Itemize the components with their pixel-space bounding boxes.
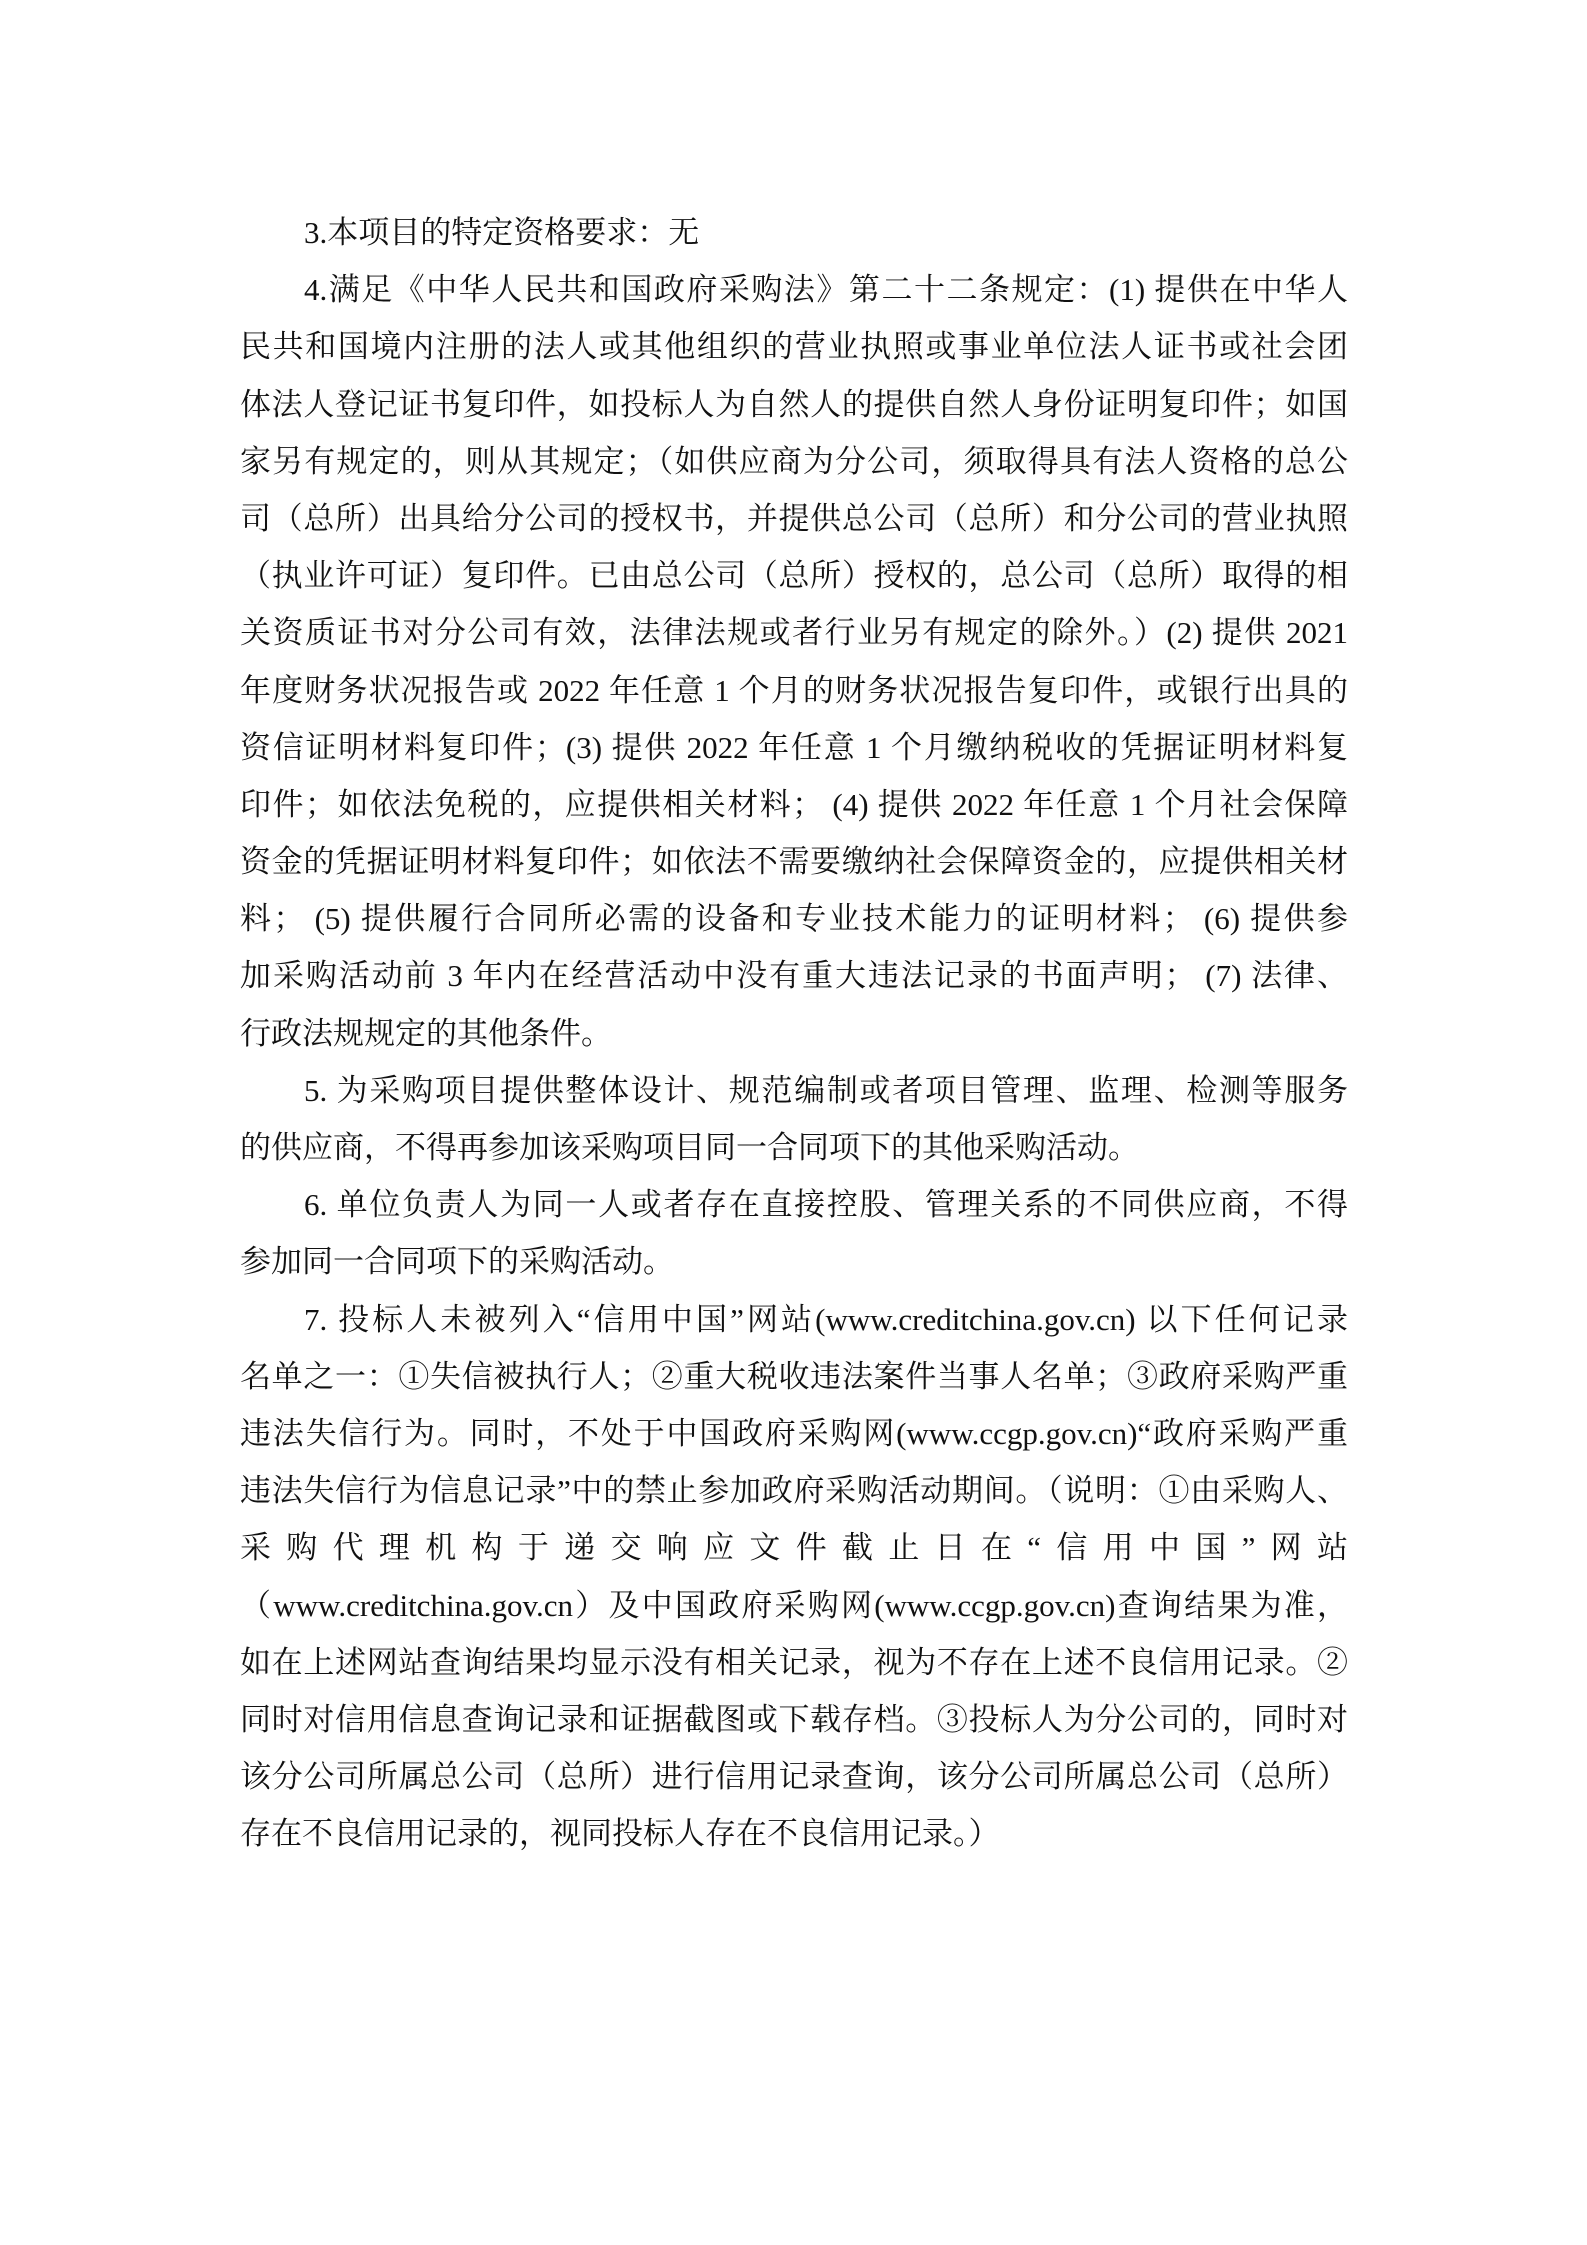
text-line: 同时对信用信息查询记录和证据截图或下载存档。③投标人为分公司的，同时对: [240, 1691, 1348, 1748]
text-line: 司（总所）出具给分公司的授权书，并提供总公司（总所）和分公司的营业执照: [240, 490, 1348, 547]
paragraph-6-same-responsible-person: 6. 单位负责人为同一人或者存在直接控股、管理关系的不同供应商，不得 参加同一合…: [240, 1176, 1348, 1290]
text-line: 5. 为采购项目提供整体设计、规范编制或者项目管理、监理、检测等服务: [240, 1062, 1348, 1119]
text-line: 名单之一：①失信被执行人；②重大税收违法案件当事人名单；③政府采购严重: [240, 1348, 1348, 1405]
text-line: 资信证明材料复印件；(3) 提供 2022 年任意 1 个月缴纳税收的凭据证明材…: [240, 719, 1348, 776]
text-line: 印件；如依法免税的，应提供相关材料； (4) 提供 2022 年任意 1 个月社…: [240, 776, 1348, 833]
text-line: 存在不良信用记录的，视同投标人存在不良信用记录。）: [240, 1805, 1348, 1862]
text-line: 资金的凭据证明材料复印件；如依法不需要缴纳社会保障资金的，应提供相关材: [240, 833, 1348, 890]
text-line: 如在上述网站查询结果均显示没有相关记录，视为不存在上述不良信用记录。②: [240, 1634, 1348, 1691]
text-line: 关资质证书对分公司有效，法律法规或者行业另有规定的除外。）(2) 提供 2021: [240, 604, 1348, 661]
text-line: 体法人登记证书复印件，如投标人为自然人的提供自然人身份证明复印件；如国: [240, 376, 1348, 433]
text-line: 的供应商，不得再参加该采购项目同一合同项下的其他采购活动。: [240, 1119, 1348, 1176]
paragraph-7-credit-record-requirement: 7. 投标人未被列入“信用中国”网站(www.creditchina.gov.c…: [240, 1291, 1348, 1863]
text-line: 7. 投标人未被列入“信用中国”网站(www.creditchina.gov.c…: [240, 1291, 1348, 1348]
paragraph-4-procurement-law-requirements: 4.满足《中华人民共和国政府采购法》第二十二条规定：(1) 提供在中华人 民共和…: [240, 261, 1348, 1062]
text-line: 违法失信行为。同时，不处于中国政府采购网(www.ccgp.gov.cn)“政府…: [240, 1405, 1348, 1462]
paragraph-3-specific-qualification: 3.本项目的特定资格要求：无: [240, 204, 1348, 261]
text-line: 参加同一合同项下的采购活动。: [240, 1233, 1348, 1290]
text-line: 该分公司所属总公司（总所）进行信用记录查询，该分公司所属总公司（总所）: [240, 1748, 1348, 1805]
text-line: 民共和国境内注册的法人或其他组织的营业执照或事业单位法人证书或社会团: [240, 318, 1348, 375]
text-line: 违法失信行为信息记录”中的禁止参加政府采购活动期间。（说明：①由采购人、: [240, 1462, 1348, 1519]
text-line: 4.满足《中华人民共和国政府采购法》第二十二条规定：(1) 提供在中华人: [240, 261, 1348, 318]
text-line: （执业许可证）复印件。已由总公司（总所）授权的，总公司（总所）取得的相: [240, 547, 1348, 604]
text-line: （www.creditchina.gov.cn）及中国政府采购网(www.ccg…: [240, 1577, 1348, 1634]
text-line: 3.本项目的特定资格要求：无: [240, 204, 1348, 261]
text-line: 加采购活动前 3 年内在经营活动中没有重大违法记录的书面声明； (7) 法律、: [240, 947, 1348, 1004]
text-line: 料； (5) 提供履行合同所必需的设备和专业技术能力的证明材料； (6) 提供参: [240, 890, 1348, 947]
document-page: 3.本项目的特定资格要求：无 4.满足《中华人民共和国政府采购法》第二十二条规定…: [240, 204, 1348, 1862]
text-line: 行政法规规定的其他条件。: [240, 1005, 1348, 1062]
text-line: 家另有规定的，则从其规定；（如供应商为分公司，须取得具有法人资格的总公: [240, 433, 1348, 490]
text-line: 采购代理机构于递交响应文件截止日在“信用中国”网站: [240, 1519, 1348, 1576]
text-line: 6. 单位负责人为同一人或者存在直接控股、管理关系的不同供应商，不得: [240, 1176, 1348, 1233]
text-line: 年度财务状况报告或 2022 年任意 1 个月的财务状况报告复印件，或银行出具的: [240, 662, 1348, 719]
paragraph-5-design-service-restriction: 5. 为采购项目提供整体设计、规范编制或者项目管理、监理、检测等服务 的供应商，…: [240, 1062, 1348, 1176]
